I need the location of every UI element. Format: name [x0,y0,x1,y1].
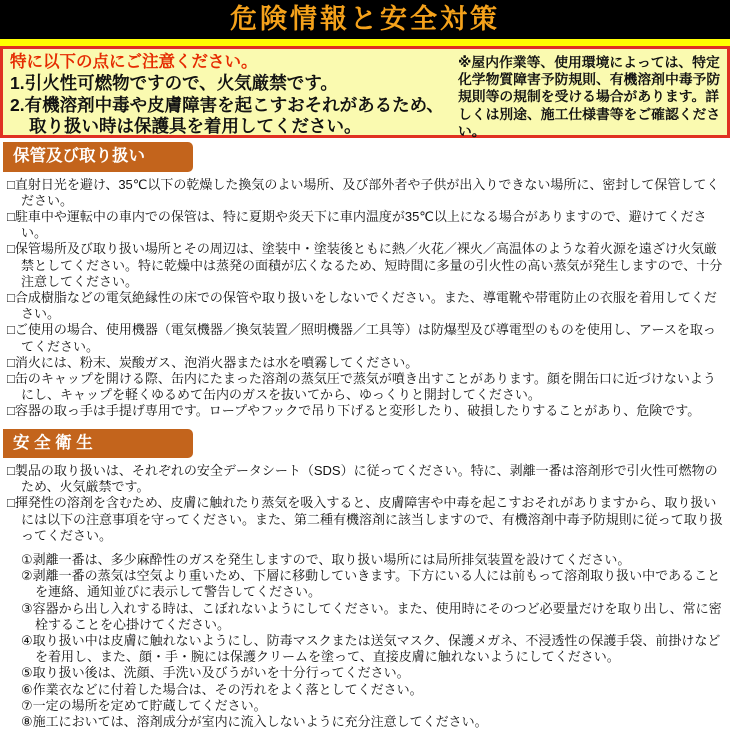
hygiene-numbered-list: ①剥離一番は、多少麻酔性のガスを発生しますので、取り扱い場所には局所排気装置を設… [0,544,730,730]
checklist-item: □合成樹脂などの電気絶縁性の床での保管や取り扱いをしないでください。また、導電靴… [7,290,726,322]
checklist-item: □揮発性の溶剤を含むため、皮膚に触れたり蒸気を吸入すると、皮膚障害や中毒を起こす… [7,495,726,544]
numbered-item: ①剥離一番は、多少麻酔性のガスを発生しますので、取り扱い場所には局所排気装置を設… [21,552,726,568]
checklist-item: □ご使用の場合、使用機器（電気機器／換気装置／照明機器／工具等）は防爆型及び導電… [7,322,726,354]
safety-document: 危険情報と安全対策 特に以下の点にご注意ください。 1.引火性可燃物ですので、火… [0,0,730,730]
numbered-item: ⑦一定の場所を定めて貯蔵してください。 [21,698,726,714]
section-header-storage: 保管及び取り扱い [3,142,193,172]
warning-line-2: 2.有機溶剤中毒や皮膚障害を起こすおそれがあるため、 [10,95,452,117]
storage-checklist: □直射日光を避け、35℃以下の乾燥した換気のよい場所、及び部外者や子供が出入りで… [0,172,730,420]
numbered-item: ②剥離一番の蒸気は空気より重いため、下層に移動していきます。下方にいる人には前も… [21,568,726,600]
section-title-hygiene: 安 全 衛 生 [13,434,93,452]
regulation-note: ※屋内作業等、使用環境によっては、特定化学物質障害予防規則、有機溶剤中毒予防規則… [452,52,723,132]
hygiene-checklist: □製品の取り扱いは、それぞれの安全データシート（SDS）に従ってください。特に、… [0,458,730,544]
checklist-item: □製品の取り扱いは、それぞれの安全データシート（SDS）に従ってください。特に、… [7,463,726,495]
warning-panel-left: 特に以下の点にご注意ください。 1.引火性可燃物ですので、火気厳禁です。 2.有… [10,52,452,132]
checklist-item: □缶のキャップを開ける際、缶内にたまった溶剤の蒸気圧で蒸気が噴き出すことがありま… [7,371,726,403]
section-header-hygiene: 安 全 衛 生 [3,429,193,459]
checklist-item: □駐車中や運転中の車内での保管は、特に夏期や炎天下に車内温度が35℃以上になる場… [7,209,726,241]
warning-line-3: 取り扱い時は保護具を着用してください。 [10,116,452,138]
warning-heading: 特に以下の点にご注意ください。 [10,52,452,73]
checklist-item: □消火には、粉末、炭酸ガス、泡消火器または水を噴霧してください。 [7,355,726,371]
numbered-item: ④取り扱い中は皮膚に触れないようにし、防毒マスクまたは送気マスク、保護メガネ、不… [21,633,726,665]
numbered-item: ⑧施工においては、溶剤成分が室内に流入しないように充分注意してください。 [21,714,726,730]
checklist-item: □直射日光を避け、35℃以下の乾燥した換気のよい場所、及び部外者や子供が出入りで… [7,177,726,209]
section-title-storage: 保管及び取り扱い [13,147,145,165]
numbered-item: ⑥作業衣などに付着した場合は、その汚れをよく落としてください。 [21,682,726,698]
warning-panel: 特に以下の点にご注意ください。 1.引火性可燃物ですので、火気厳禁です。 2.有… [0,46,730,138]
warning-line-1: 1.引火性可燃物ですので、火気厳禁です。 [10,73,452,95]
yellow-divider [0,39,730,46]
checklist-item: □容器の取っ手は手提げ専用です。ロープやフックで吊り下げると変形したり、破損した… [7,403,726,419]
numbered-item: ⑤取り扱い後は、洗顔、手洗い及びうがいを十分行ってください。 [21,665,726,681]
numbered-item: ③容器から出し入れする時は、こぼれないようにしてください。また、使用時にそのつど… [21,601,726,633]
page-title: 危険情報と安全対策 [230,6,500,33]
title-banner: 危険情報と安全対策 [0,0,730,39]
checklist-item: □保管場所及び取り扱い場所とその周辺は、塗装中・塗装後ともに熱／火花／裸火／高温… [7,241,726,290]
